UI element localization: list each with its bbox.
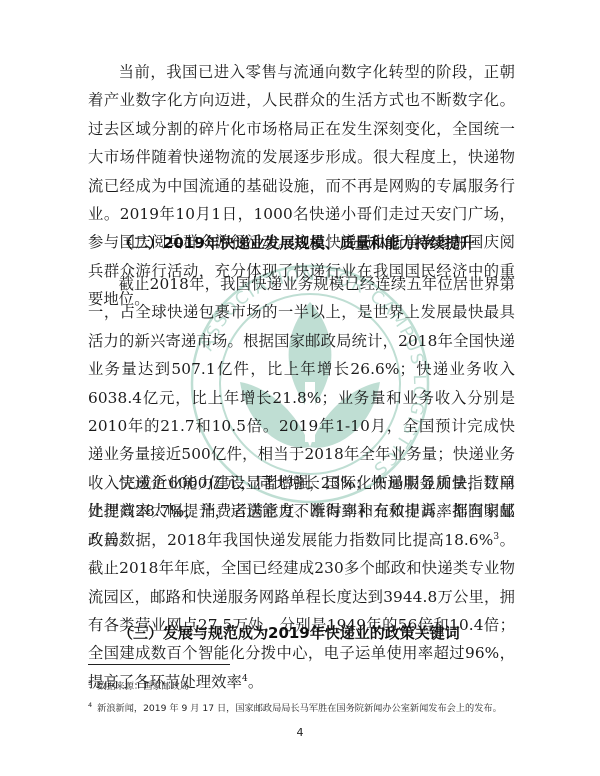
footnote-mark: 4 [88, 701, 92, 709]
section-heading-2: （二）2019年快递业发展规模、质量和能力持续提升 [118, 232, 475, 253]
footnote-mark: 3 [88, 679, 92, 687]
paragraph-capability: 快递企业能力建设显著增强，国际化布局明显加快，订单处理效率大幅提升，运送能力不断… [88, 469, 515, 696]
paragraph-segment: 快递企业能力建设显著增强，国际化布局明显加快，订单处理效率大幅提升，运送能力不断… [88, 474, 515, 549]
footnote-item: 4新浪新闻，2019 年 9 月 17 日，国家邮政局局长马军胜在国务院新闻办公… [88, 696, 528, 718]
footnote-text: 数据来源：国家邮政局 [97, 681, 189, 692]
document-page: ASSOCIATION FOR CAMPUS LOGISTICS 当前，我国已进… [0, 0, 600, 776]
footnote-text: 新浪新闻，2019 年 9 月 17 日，国家邮政局局长马军胜在国务院新闻办公室… [97, 703, 502, 714]
footnote-divider [88, 664, 230, 665]
footnotes: 3数据来源：国家邮政局 4新浪新闻，2019 年 9 月 17 日，国家邮政局局… [88, 674, 528, 718]
paragraph-segment: 。截止2018年年底，全国已经建成230多个邮政和快递类专业物流园区，邮路和快递… [88, 531, 515, 691]
page-number: 4 [0, 726, 600, 739]
paragraph-text: 快递企业能力建设显著增强，国际化布局明显加快，订单处理效率大幅提升，运送能力不断… [88, 469, 515, 696]
section-heading-3: （三）发展与规范成为2019年快递业的政策关键词 [118, 622, 460, 643]
footnote-item: 3数据来源：国家邮政局 [88, 674, 528, 696]
